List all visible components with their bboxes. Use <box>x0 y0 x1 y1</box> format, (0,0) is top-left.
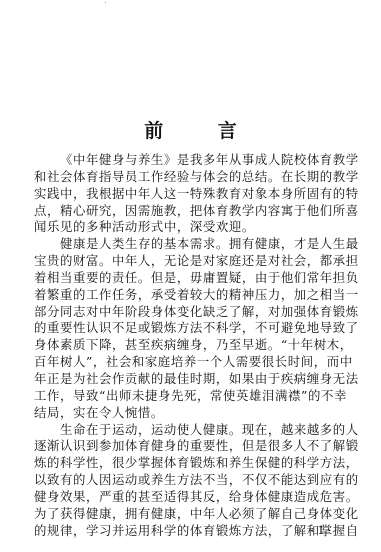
text-line: 年正是为社会作贡献的最佳时期，如果由于疾病缠身无法 <box>34 371 347 388</box>
page-title: 前 言 <box>0 119 381 143</box>
text-line: 逐渐认识到参加体育健身的重要性，但是很多人不了解锻 <box>34 438 347 455</box>
text-line: 炼的科学性，很少掌握体育锻炼和养生保健的科学方法， <box>34 455 347 472</box>
scan-speck <box>105 2 106 3</box>
text-line: 着相当重要的责任。但是，毋庸置疑，由于他们常年担负 <box>34 270 347 287</box>
text-line: 宝贵的财富。中年人，无论是对家庭还是对社会，都承担 <box>34 253 347 270</box>
text-line: 生命在于运动，运动使人健康。现在，越来越多的人 <box>34 422 347 439</box>
text-line: 闻乐见的多种活动形式中，深受欢迎。 <box>34 219 347 236</box>
text-line: 工作，导致“出师未捷身先死，常使英雄泪满襟”的不幸 <box>34 388 347 405</box>
paragraph-2: 健康是人类生存的基本需求。拥有健康，才是人生最 宝贵的财富。中年人，无论是对家庭… <box>34 236 347 421</box>
paragraph-1: 《中年健身与养生》是我多年从事成人院校体育教学 和社会体育指导员工作经验与体会的… <box>34 152 347 236</box>
text-line: 的重要性认识不足或锻炼方法不科学，不可避免地导致了 <box>34 320 347 337</box>
body-text: 《中年健身与养生》是我多年从事成人院校体育教学 和社会体育指导员工作经验与体会的… <box>34 152 347 539</box>
page-number: · 1 · <box>306 523 336 539</box>
paragraph-3: 生命在于运动，运动使人健康。现在，越来越多的人 逐渐认识到参加体育健身的重要性，… <box>34 422 347 540</box>
text-line: 结局，实在令人惋惜。 <box>34 405 347 422</box>
text-line: 以致有的人因运动或养生方法不当，不仅不能达到应有的 <box>34 472 347 489</box>
text-line: 的规律，学习并运用科学的体育锻炼方法，了解和掌握自 <box>34 523 347 540</box>
text-line: 和社会体育指导员工作经验与体会的总结。在长期的教学 <box>34 169 347 186</box>
text-line: 百年树人”，社会和家庭培养一个人需要很长时间，而中 <box>34 354 347 371</box>
text-line: 身体素质下降，甚至疾病缠身，乃至早逝。“十年树木， <box>34 337 347 354</box>
text-line: 部分同志对中年阶段身体变化缺乏了解，对加强体育锻炼 <box>34 304 347 321</box>
text-line: 着繁重的工作任务，承受着较大的精神压力，加之相当一 <box>34 287 347 304</box>
text-line: 健康是人类生存的基本需求。拥有健康，才是人生最 <box>34 236 347 253</box>
text-line: 健身效果，严重的甚至适得其反，给身体健康造成危害。 <box>34 489 347 506</box>
text-line: 《中年健身与养生》是我多年从事成人院校体育教学 <box>34 152 347 169</box>
text-line: 为了获得健康，拥有健康，中年人必须了解自己身体变化 <box>34 506 347 523</box>
text-line: 实践中，我根据中年人这一特殊教育对象本身所固有的特 <box>34 186 347 203</box>
text-line: 点，精心研究，因需施教，把体育教学内容寓于他们所喜 <box>34 203 347 220</box>
